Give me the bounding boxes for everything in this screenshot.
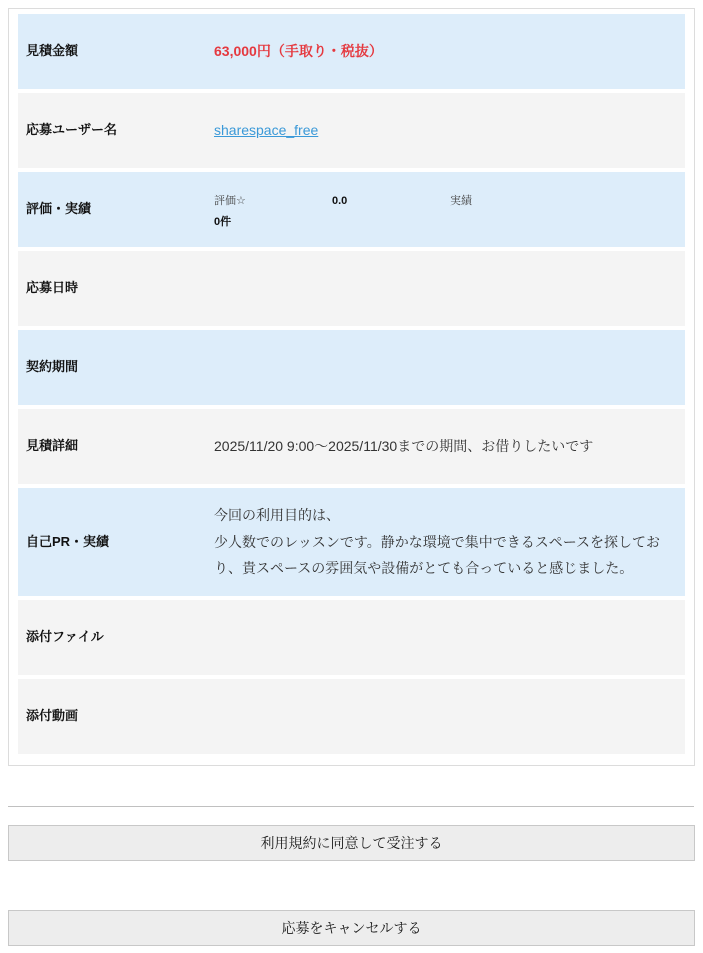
row-label: 契約期間 (26, 358, 214, 376)
table-row-rating: 評価・実績 評価☆0.0実績0件 (18, 172, 685, 247)
table-row-contract-period: 契約期間 (18, 330, 685, 405)
applicant-username-link[interactable]: sharespace_free (214, 122, 318, 138)
row-label: 添付ファイル (26, 628, 214, 646)
self-pr-value: 今回の利用目的は、 少人数でのレッスンです。静かな環境で集中できるスペースを探し… (214, 502, 685, 582)
row-label: 自己PR・実績 (26, 533, 214, 551)
estimate-details-value: 2025/11/20 9:00〜2025/11/30までの期間、お借りしたいです (214, 436, 685, 457)
row-label: 見積金額 (26, 42, 214, 60)
table-row-self-pr: 自己PR・実績 今回の利用目的は、 少人数でのレッスンです。静かな環境で集中でき… (18, 488, 685, 596)
table-row-attached-files: 添付ファイル (18, 600, 685, 675)
row-label: 評価・実績 (26, 200, 214, 218)
rating-label: 評価☆ (214, 193, 332, 210)
row-label: 見積詳細 (26, 437, 214, 455)
row-label: 添付動画 (26, 707, 214, 725)
accept-order-button[interactable]: 利用規約に同意して受注する (8, 825, 695, 861)
estimate-detail-panel: 見積金額 63,000円（手取り・税抜） 応募ユーザー名 sharespace_… (8, 8, 695, 766)
results-value: 0件 (214, 214, 332, 231)
row-label: 応募日時 (26, 279, 214, 297)
cancel-application-button[interactable]: 応募をキャンセルする (8, 910, 695, 946)
results-label: 実績 (450, 193, 568, 210)
table-row-estimate-details: 見積詳細 2025/11/20 9:00〜2025/11/30までの期間、お借り… (18, 409, 685, 484)
table-row-estimate-amount: 見積金額 63,000円（手取り・税抜） (18, 14, 685, 89)
row-label: 応募ユーザー名 (26, 121, 214, 139)
table-row-attached-videos: 添付動画 (18, 679, 685, 754)
estimate-amount-value: 63,000円（手取り・税抜） (214, 43, 383, 59)
table-row-application-datetime: 応募日時 (18, 251, 685, 326)
rating-value: 0.0 (332, 193, 450, 210)
section-divider (8, 806, 694, 807)
table-row-applicant-username: 応募ユーザー名 sharespace_free (18, 93, 685, 168)
